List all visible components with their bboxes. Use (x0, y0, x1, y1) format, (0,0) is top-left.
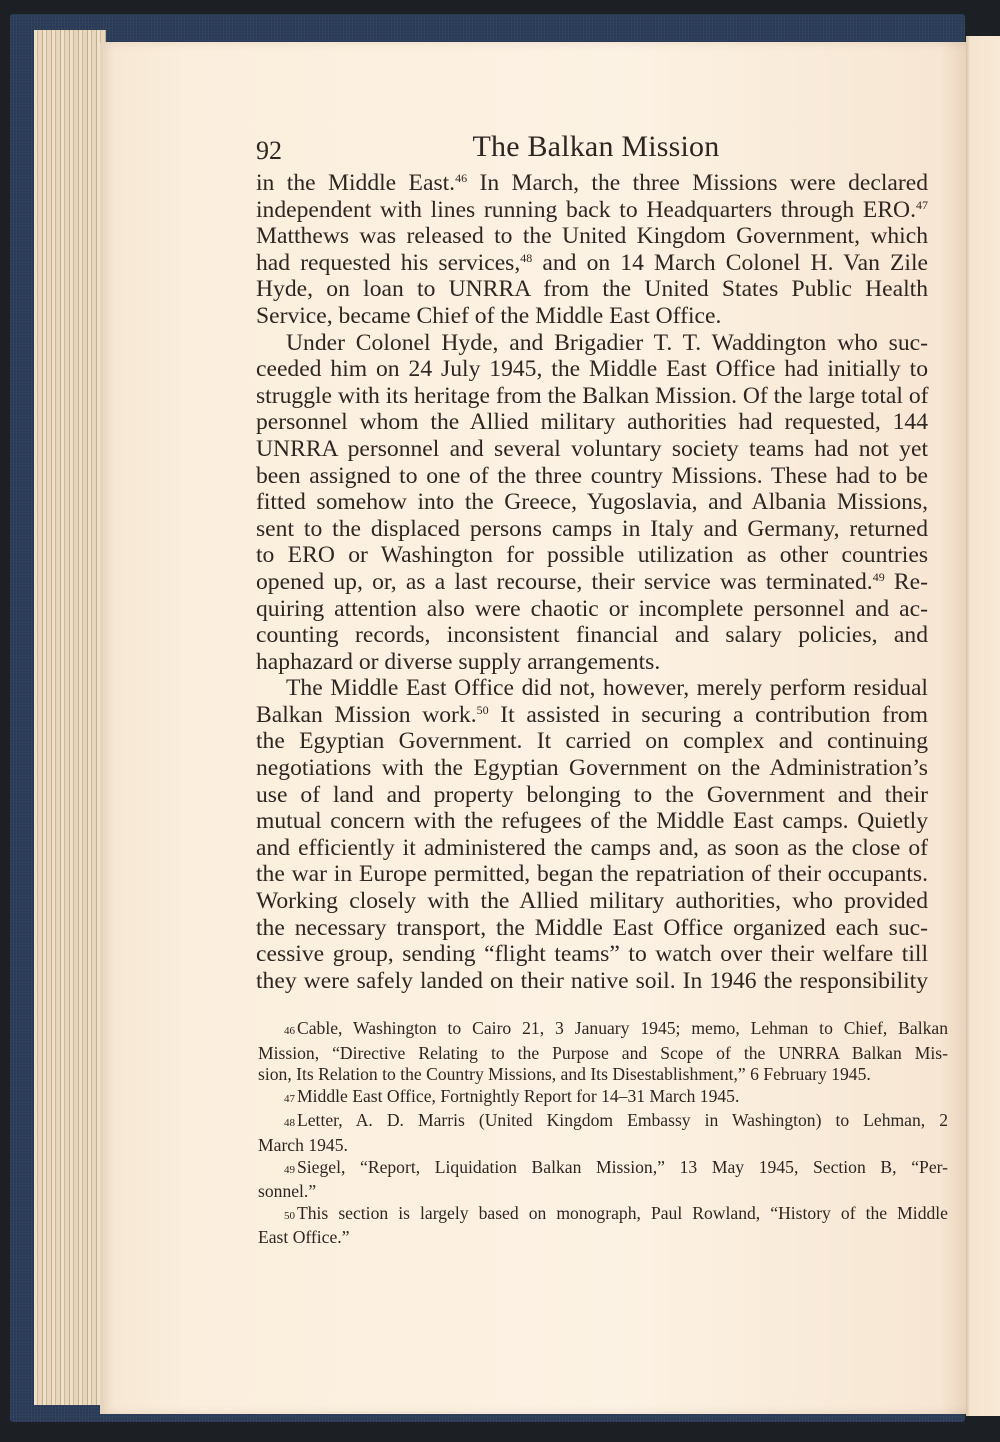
text-line: Service, became Chief of the Middle East… (256, 303, 928, 330)
running-head: 92 The Balkan Mission (256, 130, 936, 170)
text-line: cessive group, sending “flight teams” to… (256, 941, 928, 968)
text-line: quiring attention also were chaotic or i… (256, 596, 928, 623)
text-line: haphazard or diverse supply arrangements… (256, 649, 928, 676)
text-line: the Egyptian Government. It carried on c… (256, 728, 928, 755)
footnote-line: sion, Its Relation to the Country Missio… (258, 1064, 948, 1086)
text-line: and efficiently it administered the camp… (256, 835, 928, 862)
text-line: The Middle East Office did not, however,… (256, 675, 928, 702)
running-title: The Balkan Mission (256, 130, 936, 164)
text-line: ceeded him on 24 July 1945, the Middle E… (256, 356, 928, 383)
text-line: use of land and property belonging to th… (256, 782, 928, 809)
text-line: to ERO or Washington for possible utiliz… (256, 542, 928, 569)
text-line: counting records, inconsistent financial… (256, 622, 928, 649)
text-line: Working closely with the Allied military… (256, 888, 928, 915)
footnote-47: 47Middle East Office, Fortnightly Report… (272, 1086, 948, 1111)
text-line: been assigned to one of the three countr… (256, 463, 928, 490)
text-line: sent to the displaced persons camps in I… (256, 516, 928, 543)
text-line: negotiations with the Egyptian Governmen… (256, 755, 928, 782)
text-line: independent with lines running back to H… (256, 197, 928, 224)
footnote-ref: 46 (455, 171, 467, 185)
text-line: the war in Europe permitted, began the r… (256, 861, 928, 888)
text-line: personnel whom the Allied military autho… (256, 409, 928, 436)
footnote-49: 49Siegel, “Report, Liquidation Balkan Mi… (272, 1157, 948, 1182)
footnote-line: East Office.” (258, 1227, 948, 1249)
text-line: opened up, or, as a last recourse, their… (256, 569, 928, 596)
text-line: UNRRA personnel and several voluntary so… (256, 436, 928, 463)
text-line: Matthews was released to the United King… (256, 223, 928, 250)
text-line: struggle with its heritage from the Balk… (256, 383, 928, 410)
page-edges (34, 30, 106, 1405)
footnote-ref: 50 (477, 703, 489, 717)
text-line: Hyde, on loan to UNRRA from the United S… (256, 276, 928, 303)
footnotes: 46Cable, Washington to Cairo 21, 3 Janua… (272, 1018, 948, 1249)
footnote-ref: 49 (873, 570, 885, 584)
footnote-ref: 47 (916, 198, 928, 212)
text-line: the necessary transport, the Middle East… (256, 915, 928, 942)
text-line: Under Colonel Hyde, and Brigadier T. T. … (256, 330, 928, 357)
footnote-line: Mission, “Directive Relating to the Purp… (258, 1043, 948, 1065)
text-line: had requested his services,48 and on 14 … (256, 250, 928, 277)
footnote-46: 46Cable, Washington to Cairo 21, 3 Janua… (272, 1018, 948, 1043)
text-line: Balkan Mission work.50 It assisted in se… (256, 702, 928, 729)
body-text: in the Middle East.46 In March, the thre… (256, 170, 928, 994)
facing-page-edge (966, 36, 1000, 1416)
text-line: they were safely landed on their native … (256, 968, 928, 995)
footnote-ref: 48 (520, 251, 532, 265)
text-line: mutual concern with the refugees of the … (256, 808, 928, 835)
text-line: in the Middle East.46 In March, the thre… (256, 170, 928, 197)
footnote-line: March 1945. (258, 1135, 948, 1157)
footnote-48: 48Letter, A. D. Marris (United Kingdom E… (272, 1110, 948, 1135)
footnote-50: 50This section is largely based on monog… (272, 1203, 948, 1228)
text-line: fitted somehow into the Greece, Yugoslav… (256, 489, 928, 516)
footnote-line: sonnel.” (258, 1181, 948, 1203)
